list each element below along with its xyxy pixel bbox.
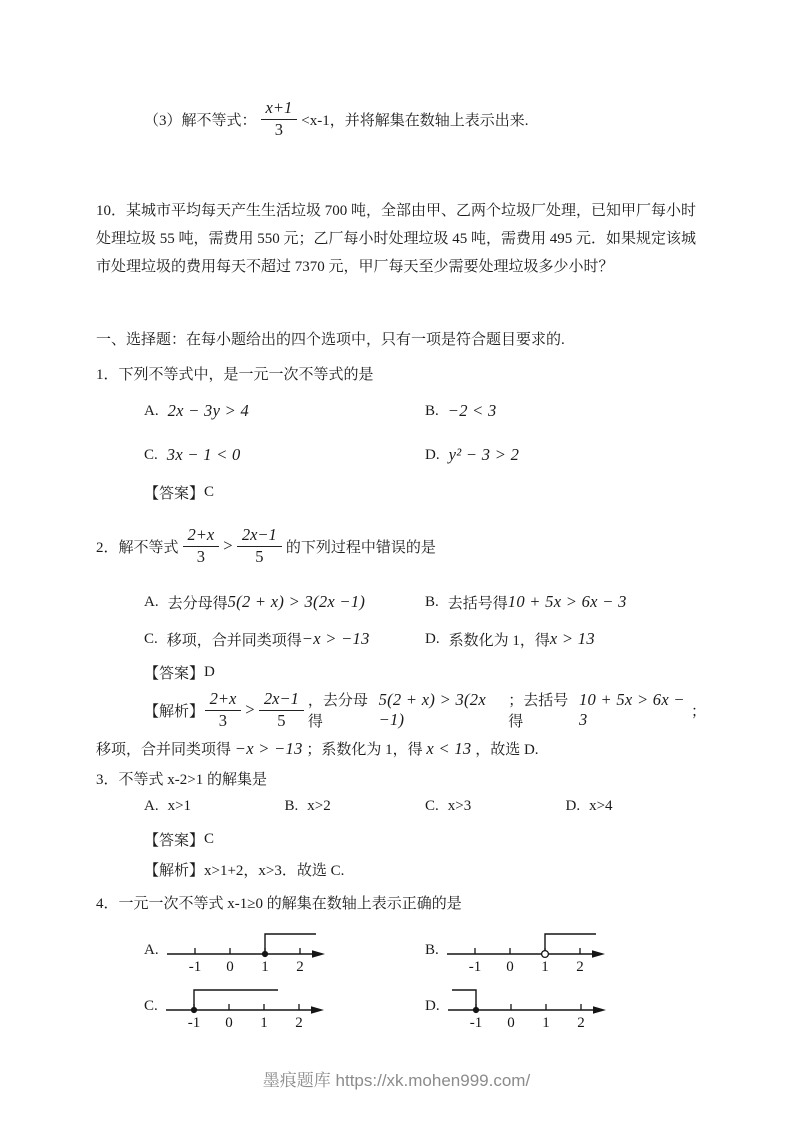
q2-explanation-text-4: 移项，合并同类项得 [96, 742, 231, 758]
section-title: 一、选择题：在每小题给出的四个选项中，只有一项是符合题目要求的. [96, 326, 706, 354]
q2-option-c-text: 移项，合并同类项得 [167, 629, 302, 650]
q2-explanation-text-3: ； [691, 700, 706, 721]
q1-option-c-math: 3x − 1 < 0 [167, 445, 241, 465]
q3-option-a-label: A. [144, 798, 159, 815]
subquestion-3-prefix: （3）解不等式： [144, 109, 257, 130]
numberline-option-c: C. -1012 [144, 976, 425, 1037]
numberline-a-label: A. [144, 942, 159, 959]
fraction-denominator: 5 [259, 710, 304, 730]
q3-options-row: A. x>1 B. x>2 C. x>3 D. x>4 [144, 794, 706, 818]
subquestion-3: （3）解不等式： x+1 3 <x-1，并将解集在数轴上表示出来. [144, 96, 706, 142]
numberline-b-diagram: -1012 [445, 920, 609, 981]
q2-explanation-text-5: ；系数化为 1，得 [306, 742, 422, 758]
svg-text:0: 0 [507, 1015, 515, 1031]
q2-title-suffix: 的下列过程中错误的是 [286, 536, 436, 557]
q1-option-b: B. −2 < 3 [425, 401, 497, 421]
fraction-numerator: x+1 [261, 99, 298, 118]
q2-explanation-math-3: −x > −13 [235, 739, 303, 758]
svg-text:0: 0 [226, 959, 234, 975]
q3-explanation-tag: 【解析】 [144, 859, 204, 880]
q2-option-b-label: B. [425, 594, 439, 611]
numberline-d-diagram: -1012 [446, 976, 610, 1037]
q3-option-c: C. x>3 [425, 798, 566, 815]
q3-option-a: A. x>1 [144, 798, 285, 815]
q3-option-b-label: B. [285, 798, 299, 815]
q3-option-b-text: x>2 [307, 798, 330, 815]
svg-text:0: 0 [225, 1015, 233, 1031]
svg-text:-1: -1 [469, 959, 482, 975]
svg-text:1: 1 [261, 959, 269, 975]
q3-option-c-text: x>3 [448, 798, 471, 815]
q2-option-b-math: 10 + 5x > 6x − 3 [508, 592, 627, 612]
svg-text:1: 1 [260, 1015, 268, 1031]
q3-option-d-label: D. [566, 798, 581, 815]
svg-text:-1: -1 [188, 1015, 201, 1031]
q3-option-d: D. x>4 [566, 798, 707, 815]
numberline-option-a: A. -1012 [144, 920, 425, 981]
q2-option-c-math: −x > −13 [302, 629, 370, 649]
fraction-denominator: 3 [183, 546, 220, 566]
q2-explanation-text-2: ；去括号得 [508, 689, 579, 731]
q3-option-c-label: C. [425, 798, 439, 815]
q1-answer: 【答案】 C [144, 480, 706, 504]
fraction-numerator: 2x−1 [237, 526, 282, 545]
fraction-numerator: 2x−1 [259, 690, 304, 709]
fraction-2x-minus-1-over-5: 2x−1 5 [237, 526, 282, 566]
worksheet-content: （3）解不等式： x+1 3 <x-1，并将解集在数轴上表示出来. 10．某城市… [96, 0, 706, 1034]
q2-explanation-text-1: ，去分母得 [308, 689, 379, 731]
q2-explanation-math-2: 10 + 5x > 6x − 3 [579, 690, 691, 730]
q1-option-c-label: C. [144, 447, 158, 464]
svg-text:2: 2 [577, 1015, 585, 1031]
problem-10: 10．某城市平均每天产生生活垃圾 700 吨，全部由甲、乙两个垃圾厂处理，已知甲… [96, 197, 706, 281]
q2-option-d-text: 系数化为 1，得 [449, 629, 550, 650]
q1-title: 1．下列不等式中，是一元一次不等式的是 [96, 361, 706, 389]
q2-explanation-text-6: ，故选 D. [475, 742, 538, 758]
numberline-d-label: D. [425, 998, 440, 1015]
q3-option-d-text: x>4 [589, 798, 612, 815]
q1-option-d-math: y² − 3 > 2 [449, 445, 520, 465]
q2-option-c-label: C. [144, 631, 158, 648]
numberline-c-label: C. [144, 998, 158, 1015]
q2-option-b-text: 去括号得 [448, 592, 508, 613]
numberline-option-b: B. -1012 [425, 920, 609, 981]
q1-option-c: C. 3x − 1 < 0 [144, 445, 425, 465]
q2-title-prefix: 2．解不等式 [96, 536, 179, 557]
q1-option-a-math: 2x − 3y > 4 [168, 401, 249, 421]
q2-explanation-line-2: 移项，合并同类项得 −x > −13 ；系数化为 1，得 x < 13 ，故选 … [96, 736, 706, 762]
svg-text:2: 2 [295, 1015, 303, 1031]
subquestion-3-suffix: <x-1，并将解集在数轴上表示出来. [301, 109, 528, 130]
q1-answer-letter: C [204, 484, 214, 501]
q2-options-row-2: C. 移项，合并同类项得 −x > −13 D. 系数化为 1，得 x > 13 [144, 627, 706, 651]
numberline-a-diagram: -1012 [165, 920, 329, 981]
q2-options-row-1: A. 去分母得 5(2 + x) > 3(2x −1) B. 去括号得 10 +… [144, 590, 706, 614]
problem-10-line-3: 市处理垃圾的费用每天不超过 7370 元，甲厂每天至少需要处理垃圾多少小时？ [96, 253, 706, 281]
numberline-b-label: B. [425, 942, 439, 959]
q4-numberlines-row-2: C. -1012 D. -1012 [144, 978, 706, 1034]
greater-than-sign: > [245, 700, 255, 720]
q3-answer-letter: C [204, 831, 214, 848]
svg-text:2: 2 [576, 959, 584, 975]
q2-option-a-label: A. [144, 594, 159, 611]
q3-explanation-text: x>1+2，x>3．故选 C. [204, 859, 344, 880]
q2-explanation-tag: 【解析】 [144, 700, 201, 721]
q3-option-b: B. x>2 [285, 798, 426, 815]
fraction-2-plus-x-over-3: 2+x 3 [183, 526, 220, 566]
q2-explanation-math-1: 5(2 + x) > 3(2x −1) [379, 690, 509, 730]
q1-option-b-label: B. [425, 403, 439, 420]
svg-text:0: 0 [506, 959, 514, 975]
fraction-x-plus-1-over-3: x+1 3 [261, 99, 298, 139]
svg-text:-1: -1 [469, 1015, 482, 1031]
site-footer: 墨痕题库 https://xk.mohen999.com/ [0, 1066, 793, 1091]
q1-options-row-1: A. 2x − 3y > 4 B. −2 < 3 [144, 399, 706, 423]
q2-option-d-label: D. [425, 631, 440, 648]
q1-option-d-label: D. [425, 447, 440, 464]
q2-option-d: D. 系数化为 1，得 x > 13 [425, 629, 595, 650]
q1-answer-tag: 【答案】 [144, 482, 204, 503]
fraction-numerator: 2+x [183, 526, 220, 545]
q3-answer: 【答案】 C [144, 827, 706, 851]
q2-title: 2．解不等式 2+x 3 > 2x−1 5 的下列过程中错误的是 [96, 520, 706, 572]
q2-option-b: B. 去括号得 10 + 5x > 6x − 3 [425, 592, 627, 613]
q3-option-a-text: x>1 [168, 798, 191, 815]
q2-answer-tag: 【答案】 [144, 662, 204, 683]
problem-10-line-2: 处理垃圾 55 吨，需费用 550 元；乙厂每小时处理垃圾 45 吨，需费用 4… [96, 225, 706, 253]
q2-explanation-line-1: 【解析】 2+x 3 > 2x−1 5 ，去分母得 5(2 + x) > 3(2… [144, 684, 706, 736]
svg-text:-1: -1 [188, 959, 201, 975]
svg-text:1: 1 [541, 959, 549, 975]
worksheet-page: （3）解不等式： x+1 3 <x-1，并将解集在数轴上表示出来. 10．某城市… [0, 0, 793, 1122]
q4-numberlines-row-1: A. -1012 B. -1012 [144, 922, 706, 978]
q2-option-a-text: 去分母得 [168, 592, 228, 613]
q3-title: 3．不等式 x-2>1 的解集是 [96, 766, 706, 794]
fraction-denominator: 3 [261, 119, 298, 139]
fraction-2-plus-x-over-3: 2+x 3 [205, 690, 242, 730]
q1-option-b-math: −2 < 3 [448, 401, 497, 421]
fraction-denominator: 3 [205, 710, 242, 730]
svg-text:1: 1 [542, 1015, 550, 1031]
q1-option-a-label: A. [144, 403, 159, 420]
fraction-numerator: 2+x [205, 690, 242, 709]
numberline-c-diagram: -1012 [164, 976, 328, 1037]
q1-options-row-2: C. 3x − 1 < 0 D. y² − 3 > 2 [144, 443, 706, 467]
numberline-option-d: D. -1012 [425, 976, 610, 1037]
q1-option-a: A. 2x − 3y > 4 [144, 401, 425, 421]
q3-answer-tag: 【答案】 [144, 829, 204, 850]
q2-option-a-math: 5(2 + x) > 3(2x −1) [228, 592, 366, 612]
q2-answer: 【答案】 D [144, 660, 706, 684]
q2-explanation-math-4: x < 13 [426, 739, 471, 758]
q1-option-d: D. y² − 3 > 2 [425, 445, 519, 465]
q2-option-c: C. 移项，合并同类项得 −x > −13 [144, 629, 425, 650]
svg-text:2: 2 [296, 959, 304, 975]
q2-answer-letter: D [204, 664, 215, 681]
fraction-denominator: 5 [237, 546, 282, 566]
problem-10-line-1: 10．某城市平均每天产生生活垃圾 700 吨，全部由甲、乙两个垃圾厂处理，已知甲… [96, 197, 706, 225]
q2-option-a: A. 去分母得 5(2 + x) > 3(2x −1) [144, 592, 425, 613]
greater-than-sign: > [223, 536, 233, 556]
q2-option-d-math: x > 13 [550, 629, 595, 649]
q3-explanation: 【解析】 x>1+2，x>3．故选 C. [144, 857, 706, 881]
fraction-2x-minus-1-over-5: 2x−1 5 [259, 690, 304, 730]
q4-title: 4．一元一次不等式 x-1≥0 的解集在数轴上表示正确的是 [96, 890, 706, 918]
